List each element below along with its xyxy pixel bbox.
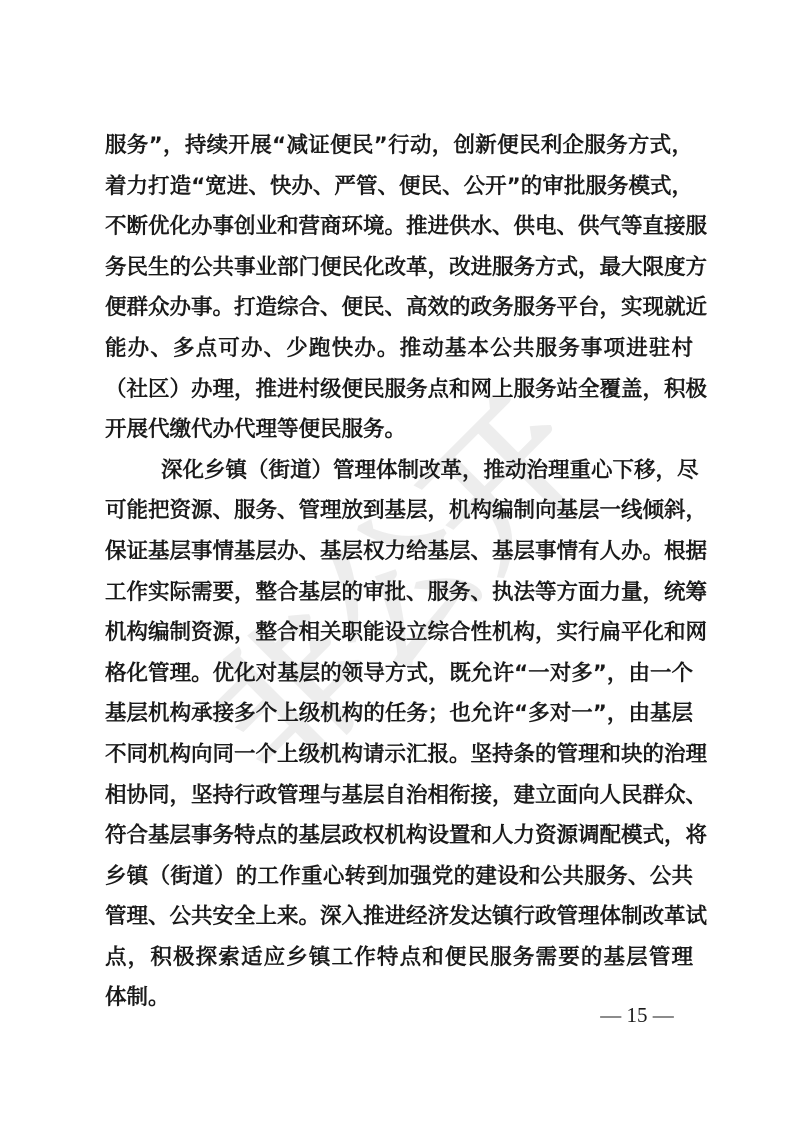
- text-line: 深化乡镇（街道）管理体制改革，推动治理重心下移，尽: [105, 451, 693, 492]
- text-line: 不同机构向同一个上级机构请示汇报。坚持条的管理和块的治理: [105, 735, 693, 776]
- text-line: 不断优化办事创业和营商环境。推进供水、供电、供气等直接服: [105, 207, 693, 248]
- text-line: 乡镇（街道）的工作重心转到加强党的建设和公共服务、公共: [105, 857, 693, 898]
- text-line: 可能把资源、服务、管理放到基层，机构编制向基层一线倾斜，: [105, 491, 693, 532]
- text-line: 服务”，持续开展“减证便民”行动，创新便民利企服务方式，: [105, 126, 693, 167]
- text-line: 相协同，坚持行政管理与基层自治相衔接，建立面向人民群众、: [105, 776, 693, 817]
- text-line: 符合基层事务特点的基层政权机构设置和人力资源调配模式，将: [105, 816, 693, 857]
- page-number: — 15 —: [592, 1003, 682, 1028]
- text-line: 便群众办事。打造综合、便民、高效的政务服务平台，实现就近: [105, 288, 693, 329]
- text-line: 格化管理。优化对基层的领导方式，既允许“一对多”，由一个: [105, 654, 693, 695]
- text-line: 管理、公共安全上来。深入推进经济发达镇行政管理体制改革试: [105, 897, 693, 938]
- document-page: 非公开 服务”，持续开展“减证便民”行动，创新便民利企服务方式， 着力打造“宽进…: [0, 0, 793, 1122]
- text-line: 保证基层事情基层办、基层权力给基层、基层事情有人办。根据: [105, 532, 693, 573]
- paragraph-1: 服务”，持续开展“减证便民”行动，创新便民利企服务方式， 着力打造“宽进、快办、…: [105, 126, 693, 451]
- text-line: 工作实际需要，整合基层的审批、服务、执法等方面力量，统筹: [105, 573, 693, 614]
- text-line: 能办、多点可办、少跑快办。推动基本公共服务事项进驻村: [105, 329, 693, 370]
- text-line: 点，积极探索适应乡镇工作特点和便民服务需要的基层管理: [105, 938, 693, 979]
- document-body: 服务”，持续开展“减证便民”行动，创新便民利企服务方式， 着力打造“宽进、快办、…: [105, 126, 693, 1019]
- text-line: 着力打造“宽进、快办、严管、便民、公开”的审批服务模式，: [105, 167, 693, 208]
- text-line: 机构编制资源，整合相关职能设立综合性机构，实行扁平化和网: [105, 613, 693, 654]
- text-line: （社区）办理，推进村级便民服务点和网上服务站全覆盖，积极: [105, 370, 693, 411]
- text-line: 开展代缴代办代理等便民服务。: [105, 410, 693, 451]
- text-line: 基层机构承接多个上级机构的任务；也允许“多对一”，由基层: [105, 694, 693, 735]
- text-line: 务民生的公共事业部门便民化改革，改进服务方式，最大限度方: [105, 248, 693, 289]
- paragraph-2: 深化乡镇（街道）管理体制改革，推动治理重心下移，尽 可能把资源、服务、管理放到基…: [105, 451, 693, 1019]
